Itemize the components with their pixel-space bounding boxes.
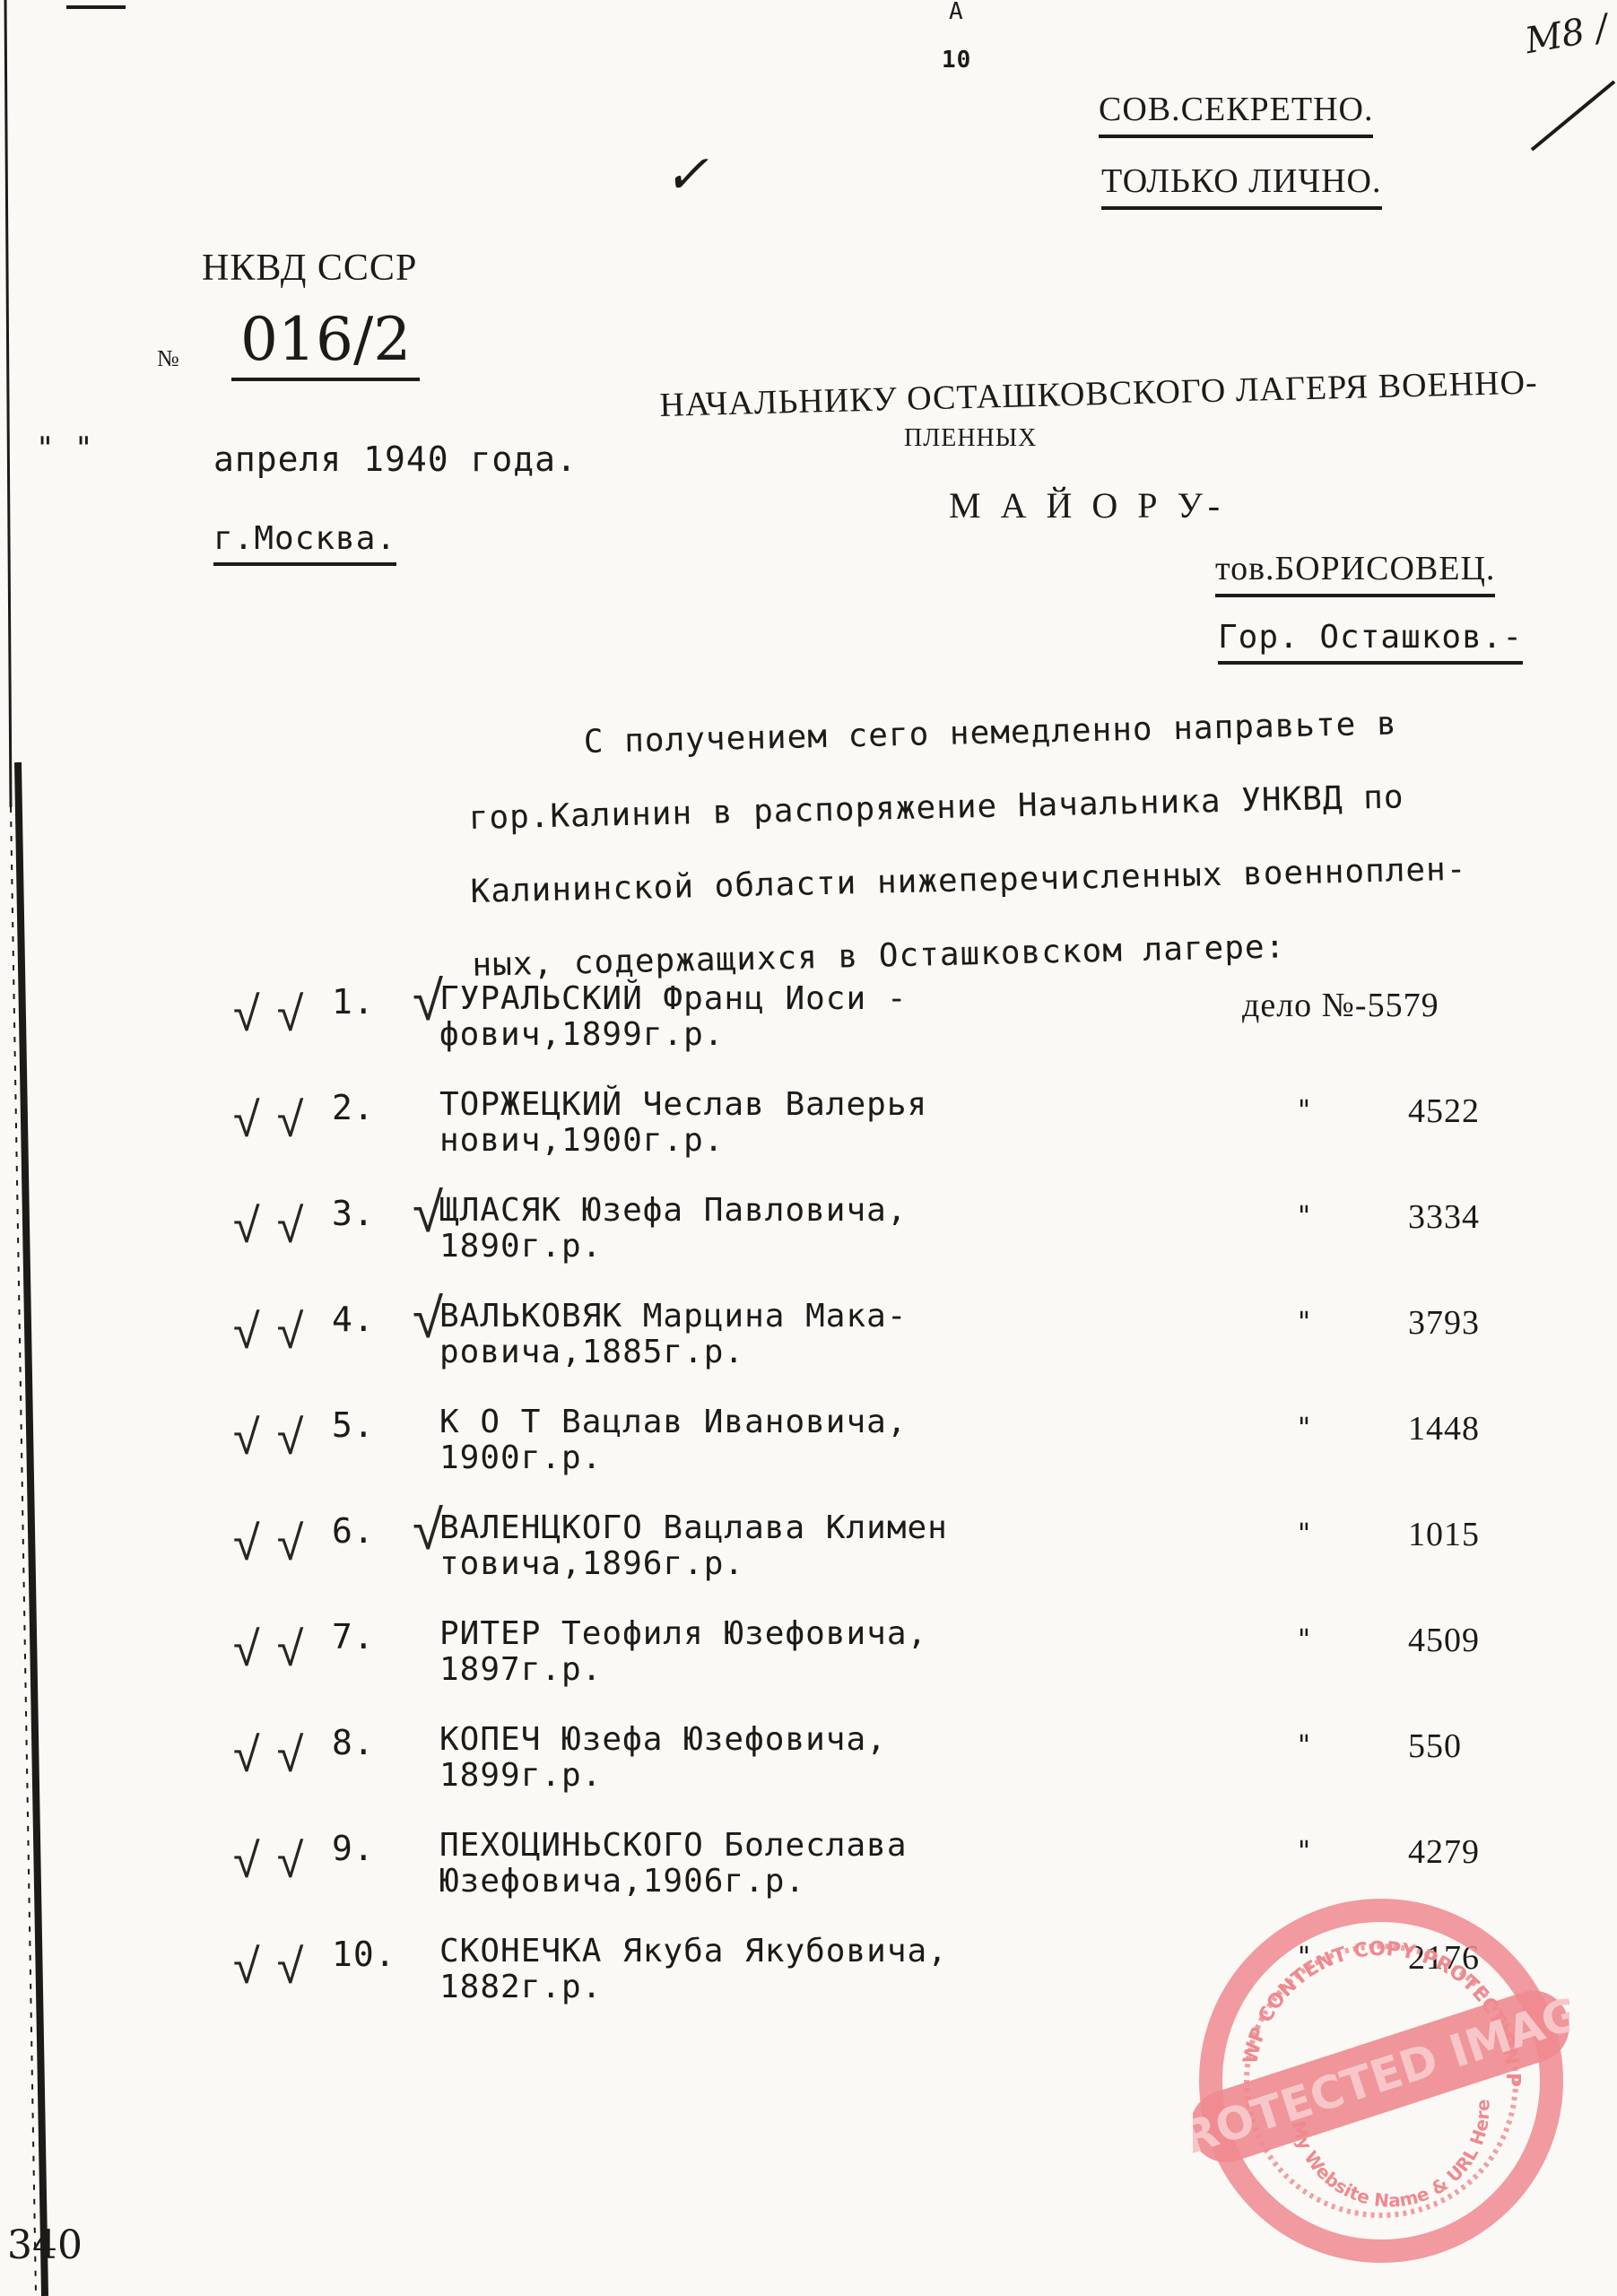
archive-handwritten-mark: M8 / 18 <box>1522 0 1617 62</box>
roster-row: √ √5.К О Т Вацлав Ивановича,1900г.р."144… <box>233 1396 1578 1502</box>
top-number: 10 <box>942 47 971 74</box>
row-number: 2. <box>332 1088 375 1127</box>
ditto-mark: " <box>1296 1730 1313 1761</box>
row-number: 8. <box>332 1723 375 1762</box>
header-check-icon: ✓ <box>664 143 709 206</box>
case-number: дело №-5579 <box>1242 986 1439 1025</box>
city: г.Москва. <box>213 520 396 566</box>
prisoner-name: РИТЕР Теофиля Юзефовича, <box>439 1615 927 1652</box>
prisoner-patronymic-birth: нович,1900г.р. <box>439 1122 724 1159</box>
ditto-mark: " <box>1296 1201 1313 1232</box>
prisoner-patronymic-birth: 1882г.р. <box>439 1969 602 2005</box>
check-marks-icon: √ √ <box>233 1938 341 1995</box>
classification-personal: ТОЛЬКО ЛИЧНО. <box>1101 161 1382 210</box>
number-label: № <box>157 345 180 372</box>
check-marks-icon: √ √ <box>233 1091 341 1148</box>
case-number: 2176 <box>1408 1938 1480 1978</box>
check-marks-icon: √ √ <box>233 1515 341 1571</box>
case-number: 4509 <box>1408 1621 1480 1660</box>
case-number: 3334 <box>1408 1197 1480 1237</box>
extra-check-icon: √ <box>413 1285 444 1351</box>
prisoner-patronymic-birth: 1897г.р. <box>439 1651 602 1688</box>
check-marks-icon: √ √ <box>233 1303 341 1360</box>
binding-edge <box>0 0 54 2296</box>
addressee-city: Гор. Осташков.- <box>1218 619 1523 665</box>
prisoner-patronymic-birth: 1900г.р. <box>439 1439 602 1476</box>
ditto-mark: " <box>1296 1413 1313 1444</box>
extra-check-icon: √ <box>413 1497 444 1562</box>
ditto-mark: " <box>1296 1307 1313 1338</box>
prisoner-patronymic-birth: фович,1899г.р. <box>439 1016 724 1053</box>
addressee-name: тов.БОРИСОВЕЦ. <box>1215 549 1495 597</box>
check-marks-icon: √ √ <box>233 1197 341 1254</box>
row-number: 1. <box>332 982 375 1022</box>
ditto-mark: " <box>1296 1095 1313 1126</box>
roster-row: √ √8.КОПЕЧ Юзефа Юзефовича,1899г.р."550 <box>233 1714 1578 1820</box>
row-number: 10. <box>332 1935 396 1974</box>
prisoner-name: ПЕХОЦИНЬСКОГО Болеслава <box>439 1827 908 1864</box>
case-number: 1015 <box>1408 1515 1480 1554</box>
check-marks-icon: √ √ <box>233 1621 341 1677</box>
prisoner-name: ВАЛЕНЦКОГО Вацлава Климен <box>439 1509 948 1546</box>
check-marks-icon: √ √ <box>233 1409 341 1465</box>
case-number: 550 <box>1408 1726 1462 1766</box>
roster-row: √ √3.ЩЛАСЯК Юзефа Павловича,1890г.р."333… <box>233 1185 1578 1291</box>
extra-check-icon: √ <box>413 968 444 1033</box>
check-marks-icon: √ √ <box>233 1832 341 1889</box>
roster-row: √ √9.ПЕХОЦИНЬСКОГО БолеславаЮзефовича,19… <box>233 1820 1578 1926</box>
ditto-mark: " <box>1296 1836 1313 1867</box>
roster-row: √ √1.ГУРАЛЬСКИЙ Франц Иоси -фович,1899г.… <box>233 973 1578 1079</box>
prisoner-name: СКОНЕЧКА Якуба Якубовича, <box>439 1933 948 1970</box>
check-marks-icon: √ √ <box>233 1726 341 1783</box>
prisoner-patronymic-birth: ровича,1885г.р. <box>439 1334 744 1370</box>
roster-row: √ √10.СКОНЕЧКА Якуба Якубовича,1882г.р."… <box>233 1926 1578 2031</box>
prisoner-patronymic-birth: Юзефовича,1906г.р. <box>439 1863 805 1900</box>
row-number: 3. <box>332 1194 375 1233</box>
prisoner-name: ТОРЖЕЦКИЙ Чеслав Валерья <box>439 1086 927 1123</box>
row-number: 9. <box>332 1829 375 1868</box>
check-marks-icon: √ √ <box>233 986 341 1042</box>
date-text: апреля 1940 года. <box>213 439 578 479</box>
addressee-title-cont: ПЛЕННЫХ <box>904 424 1037 453</box>
prisoner-roster: √ √1.ГУРАЛЬСКИЙ Франц Иоси -фович,1899г.… <box>233 973 1578 2031</box>
extra-check-icon: √ <box>413 1179 444 1245</box>
row-number: 7. <box>332 1617 375 1657</box>
document-number: 016/2 <box>231 305 420 381</box>
prisoner-name: ГУРАЛЬСКИЙ Франц Иоси - <box>439 980 908 1017</box>
prisoner-patronymic-birth: 1899г.р. <box>439 1757 602 1794</box>
prisoner-patronymic-birth: товича,1896г.р. <box>439 1545 744 1582</box>
case-number: 3793 <box>1408 1303 1480 1343</box>
page-number: 340 <box>7 2222 83 2268</box>
addressee-rank: М А Й О Р У- <box>949 484 1225 526</box>
date-quotes: " " <box>36 430 93 466</box>
prisoner-name: ВАЛЬКОВЯК Марцина Мака- <box>439 1298 908 1335</box>
top-letter: А <box>949 0 964 25</box>
roster-row: √ √7.РИТЕР Теофиля Юзефовича,1897г.р."45… <box>233 1608 1578 1714</box>
row-number: 4. <box>332 1300 375 1339</box>
ditto-mark: " <box>1296 1518 1313 1550</box>
prisoner-name: К О Т Вацлав Ивановича, <box>439 1404 908 1440</box>
prisoner-patronymic-birth: 1890г.р. <box>439 1228 602 1265</box>
row-number: 6. <box>332 1511 375 1551</box>
case-number: 4522 <box>1408 1091 1480 1131</box>
roster-row: √ √6.ВАЛЕНЦКОГО Вацлава Климентовича,189… <box>233 1502 1578 1608</box>
corner-slash <box>1525 76 1617 157</box>
ditto-mark: " <box>1296 1942 1313 1973</box>
prisoner-name: ЩЛАСЯК Юзефа Павловича, <box>439 1192 908 1229</box>
prisoner-name: КОПЕЧ Юзефа Юзефовича, <box>439 1721 887 1758</box>
roster-row: √ √4.ВАЛЬКОВЯК Марцина Мака-ровича,1885г… <box>233 1291 1578 1396</box>
row-number: 5. <box>332 1405 375 1445</box>
top-left-mark <box>66 5 126 9</box>
agency-name: НКВД СССР <box>202 247 417 290</box>
roster-row: √ √2.ТОРЖЕЦКИЙ Чеслав Валерьянович,1900г… <box>233 1079 1578 1185</box>
ditto-mark: " <box>1296 1624 1313 1656</box>
svg-text:My Website Name & URL Here: My Website Name & URL Here <box>1288 2099 1494 2212</box>
case-number: 4279 <box>1408 1832 1480 1872</box>
addressee-title: НАЧАЛЬНИКУ ОСТАШКОВСКОГО ЛАГЕРЯ ВОЕННО- <box>659 362 1538 425</box>
classification-secret: СОВ.СЕКРЕТНО. <box>1099 90 1373 138</box>
case-number: 1448 <box>1408 1409 1480 1448</box>
order-paragraph: С получением сего немедленно направьте в… <box>466 683 1585 1003</box>
